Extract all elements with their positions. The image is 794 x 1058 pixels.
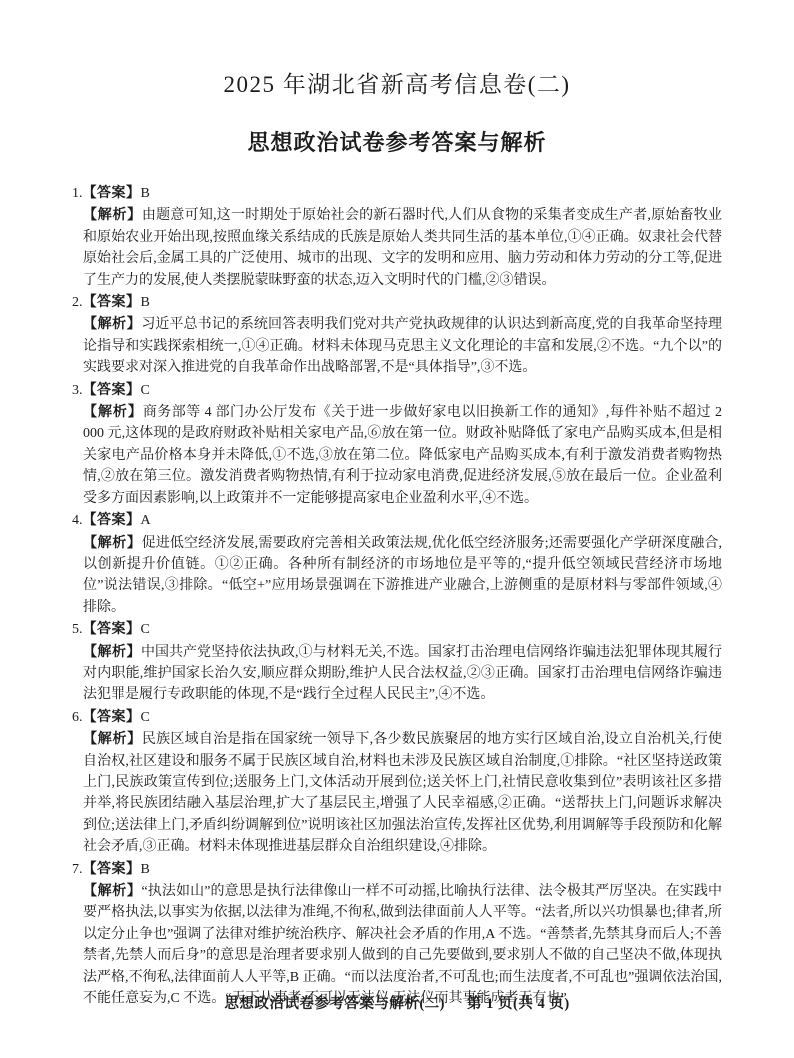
footer-page-info: 第 1 页(共 4 页) (467, 996, 570, 1012)
answer-item-4: 4.【答案】A 【解析】促进低空经济发展,需要政府完善相关政策法规,优化低空经济… (72, 509, 722, 618)
analysis-text: 习近平总书记的系统回答表明我们党对共产党执政规律的认识达到新高度,党的自我革命坚… (83, 317, 722, 375)
answer-line: 5.【答案】C (72, 618, 722, 640)
item-number: 3. (72, 383, 83, 398)
answer-line: 6.【答案】C (72, 706, 722, 728)
answer-item-3: 3.【答案】C 【解析】商务部等 4 部门办公厅发布《关于进一步做好家电以旧换新… (72, 379, 722, 509)
answer-label: 【答案】 (83, 620, 141, 636)
page-footer: 思想政治试卷参考答案与解析(二)第 1 页(共 4 页) (0, 992, 794, 1013)
analysis-text: 中国共产党坚持依法执政,①与材料无关,不选。国家打击治理电信网络诈骗违法犯罪体现… (83, 645, 722, 703)
answer-label: 【答案】 (83, 511, 141, 527)
answer-item-6: 6.【答案】C 【解析】民族区域自治是指在国家统一领导下,各少数民族聚居的地方实… (72, 706, 722, 858)
analysis-paragraph: 【解析】民族区域自治是指在国家统一领导下,各少数民族聚居的地方实行区域自治,设立… (83, 728, 722, 857)
answer-item-5: 5.【答案】C 【解析】中国共产党坚持依法执政,①与材料无关,不选。国家打击治理… (72, 618, 722, 706)
item-number: 2. (72, 295, 83, 310)
answer-value: A (141, 513, 151, 528)
answer-value: C (141, 622, 150, 637)
answer-label: 【答案】 (83, 184, 141, 200)
page-title: 2025 年湖北省新高考信息卷(二) (0, 66, 794, 99)
answer-value: C (141, 383, 150, 398)
analysis-text: 由题意可知,这一时期处于原始社会的新石器时代,人们从食物的采集者变成生产者,原始… (83, 208, 722, 287)
item-number: 6. (72, 710, 83, 725)
analysis-text: “执法如山”的意思是执行法律像山一样不可动摇,比喻执行法律、法令极其严厉坚决。在… (83, 884, 722, 1006)
answer-label: 【答案】 (83, 293, 141, 309)
document-page: 2025 年湖北省新高考信息卷(二) 思想政治试卷参考答案与解析 1.【答案】B… (0, 0, 794, 1058)
answer-item-1: 1.【答案】B 【解析】由题意可知,这一时期处于原始社会的新石器时代,人们从食物… (72, 182, 722, 291)
analysis-paragraph: 【解析】由题意可知,这一时期处于原始社会的新石器时代,人们从食物的采集者变成生产… (83, 204, 722, 291)
item-number: 5. (72, 622, 83, 637)
analysis-paragraph: 【解析】习近平总书记的系统回答表明我们党对共产党执政规律的认识达到新高度,党的自… (83, 313, 722, 378)
answer-label: 【答案】 (83, 381, 141, 397)
answer-label: 【答案】 (83, 860, 141, 876)
answer-line: 4.【答案】A (72, 509, 722, 531)
analysis-text: 民族区域自治是指在国家统一领导下,各少数民族聚居的地方实行区域自治,设立自治机关… (83, 732, 722, 854)
page-subtitle: 思想政治试卷参考答案与解析 (0, 126, 794, 157)
analysis-label: 【解析】 (83, 882, 141, 898)
item-number: 1. (72, 186, 83, 201)
answer-line: 3.【答案】C (72, 379, 722, 401)
item-number: 7. (72, 862, 83, 877)
answer-line: 2.【答案】B (72, 291, 722, 313)
analysis-paragraph: 【解析】“执法如山”的意思是执行法律像山一样不可动摇,比喻执行法律、法令极其严厉… (83, 880, 722, 1009)
analysis-label: 【解析】 (83, 403, 143, 419)
answer-line: 7.【答案】B (72, 858, 722, 880)
analysis-label: 【解析】 (83, 643, 141, 659)
analysis-label: 【解析】 (83, 730, 142, 746)
analysis-text: 商务部等 4 部门办公厅发布《关于进一步做好家电以旧换新工作的通知》,每件补贴不… (83, 405, 722, 506)
answer-item-2: 2.【答案】B 【解析】习近平总书记的系统回答表明我们党对共产党执政规律的认识达… (72, 291, 722, 379)
item-number: 4. (72, 513, 83, 528)
answer-value: B (141, 862, 150, 877)
analysis-paragraph: 【解析】促进低空经济发展,需要政府完善相关政策法规,优化低空经济服务;还需要强化… (83, 532, 722, 619)
answer-value: B (141, 295, 150, 310)
answer-value: C (141, 710, 150, 725)
analysis-label: 【解析】 (83, 206, 142, 222)
analysis-label: 【解析】 (83, 534, 142, 550)
answer-value: B (141, 186, 150, 201)
answer-list: 1.【答案】B 【解析】由题意可知,这一时期处于原始社会的新石器时代,人们从食物… (0, 182, 794, 1009)
answer-label: 【答案】 (83, 708, 141, 724)
footer-doc-label: 思想政治试卷参考答案与解析(二) (224, 996, 445, 1012)
analysis-text: 促进低空经济发展,需要政府完善相关政策法规,优化低空经济服务;还需要强化产学研深… (83, 536, 722, 615)
answer-line: 1.【答案】B (72, 182, 722, 204)
analysis-paragraph: 【解析】中国共产党坚持依法执政,①与材料无关,不选。国家打击治理电信网络诈骗违法… (83, 641, 722, 706)
answer-item-7: 7.【答案】B 【解析】“执法如山”的意思是执行法律像山一样不可动摇,比喻执行法… (72, 858, 722, 1010)
analysis-paragraph: 【解析】商务部等 4 部门办公厅发布《关于进一步做好家电以旧换新工作的通知》,每… (83, 401, 722, 509)
analysis-label: 【解析】 (83, 315, 141, 331)
